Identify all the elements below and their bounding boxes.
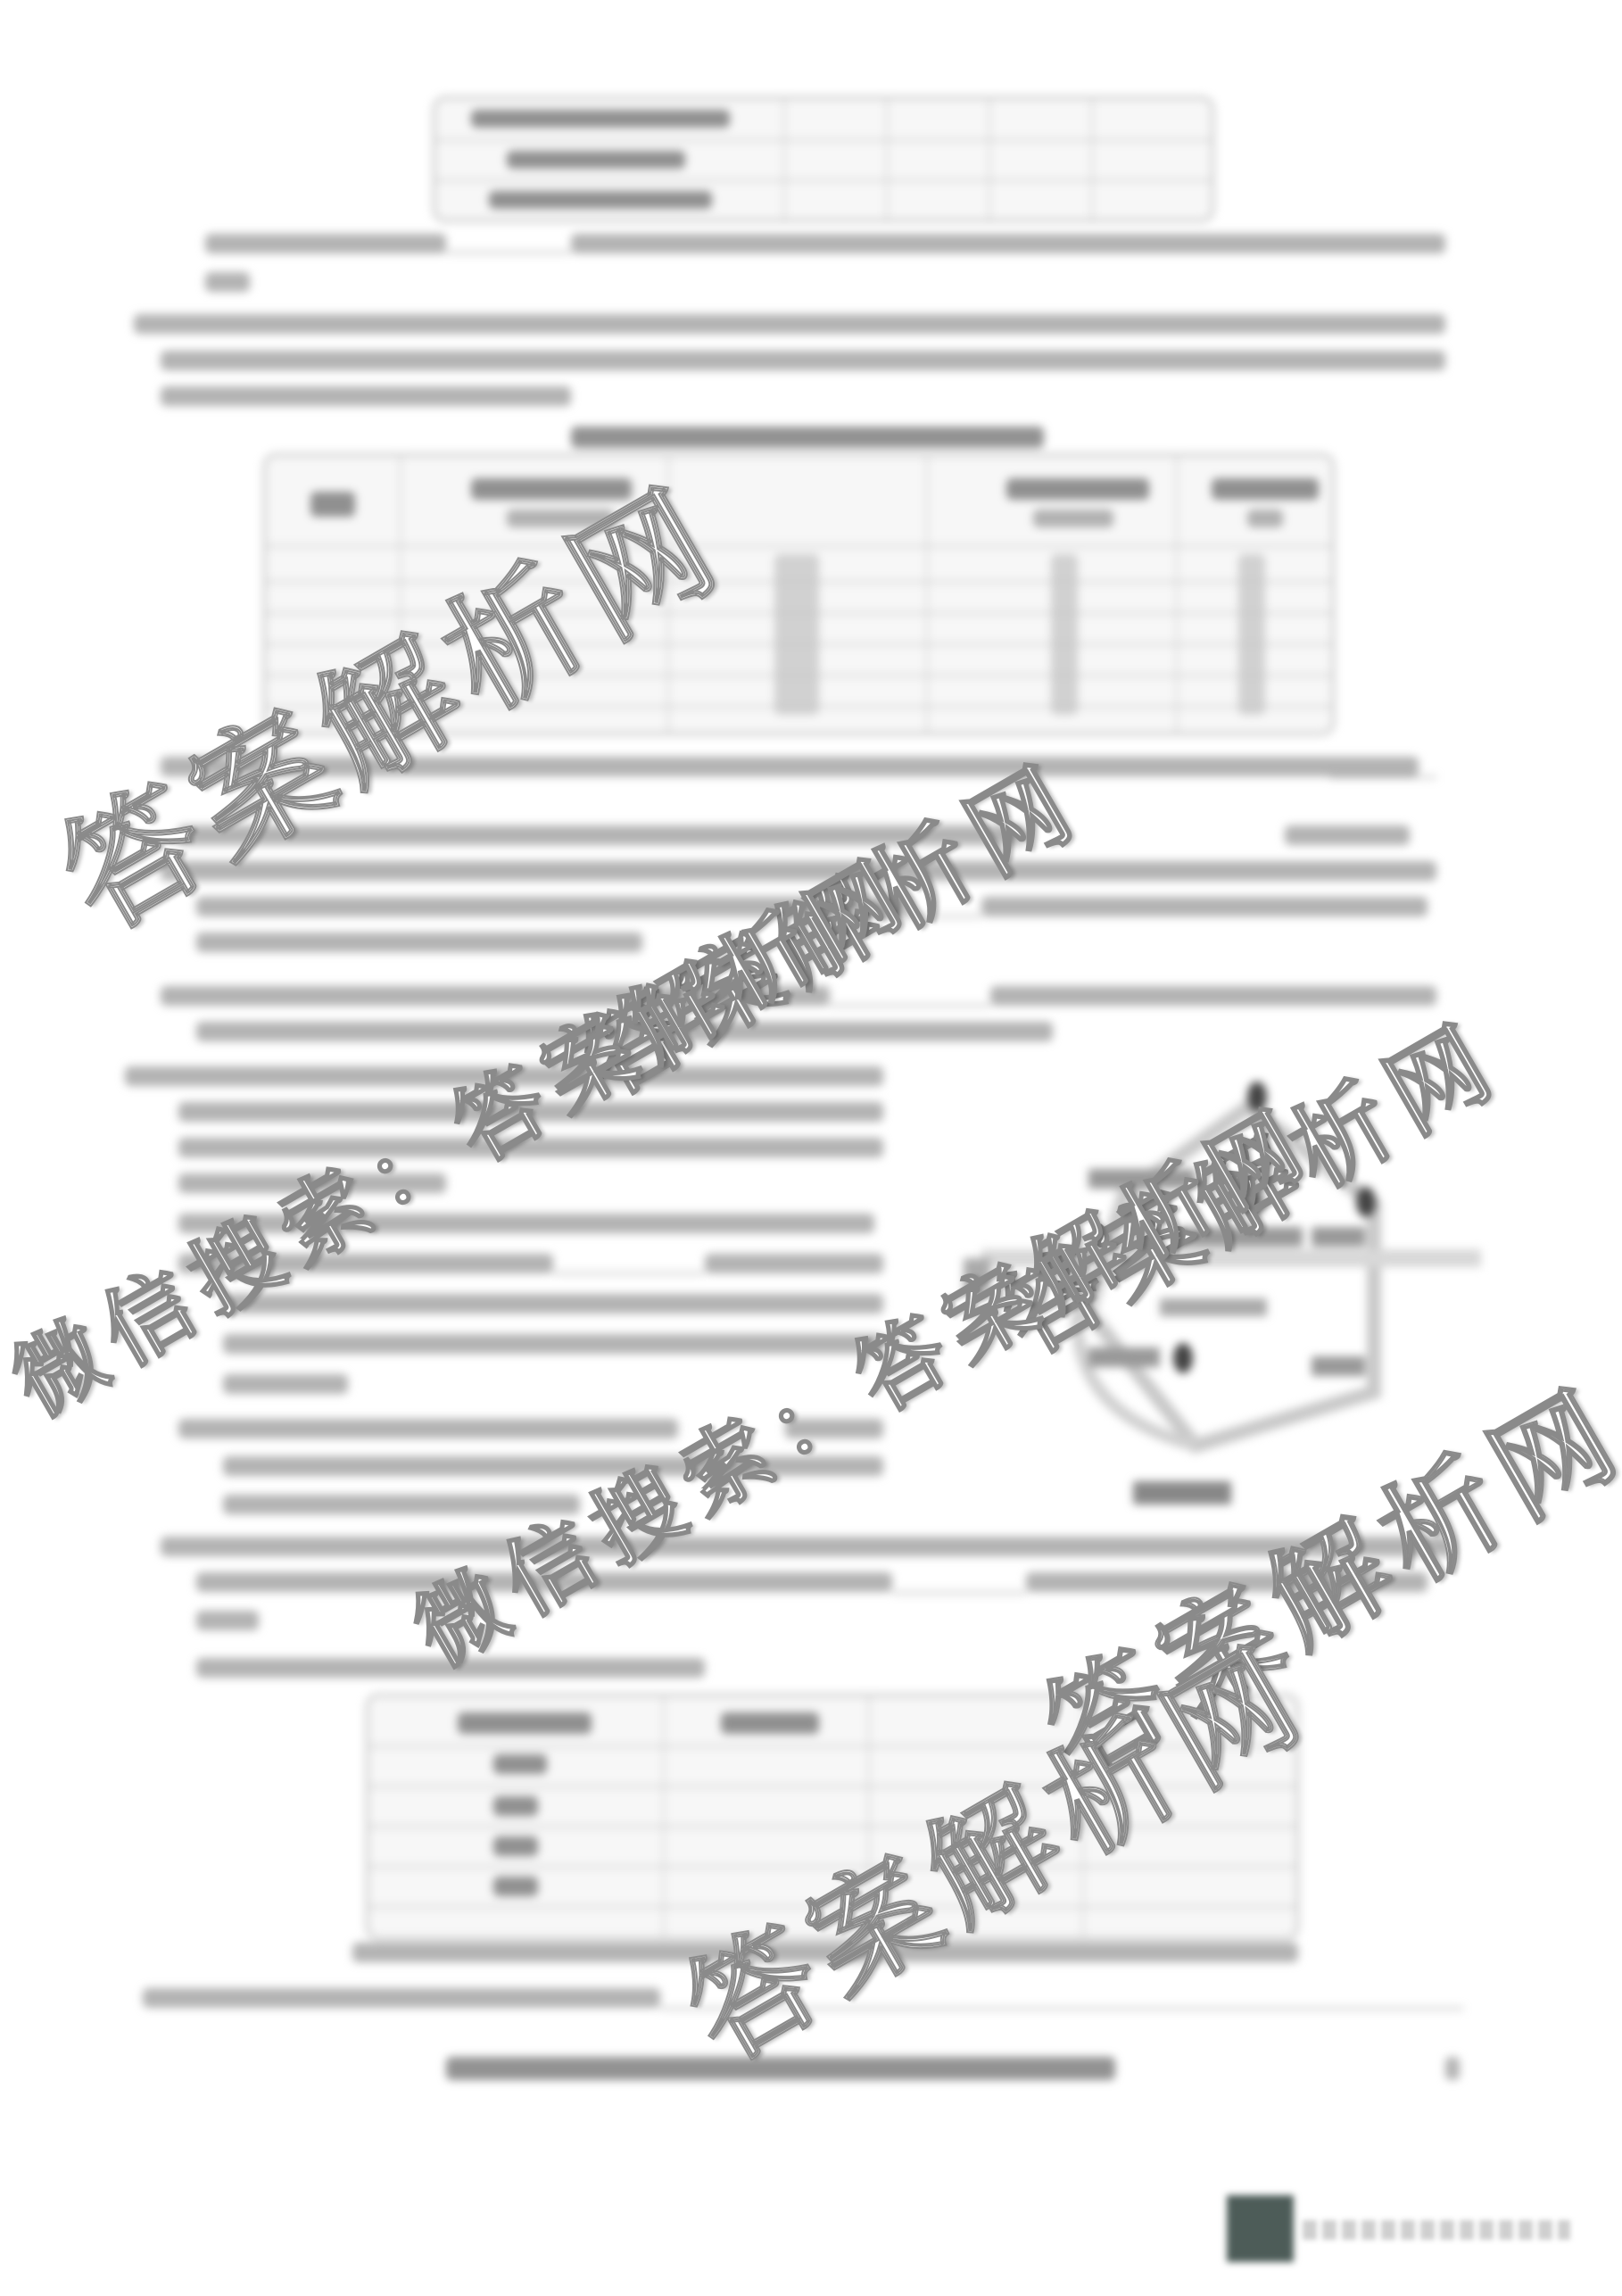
cycle-diagram	[946, 1026, 1481, 1562]
table-bottom	[366, 1694, 1299, 1940]
qr-caption	[1303, 2220, 1570, 2240]
document-page	[0, 0, 1622, 2296]
qr-code	[1227, 2195, 1294, 2262]
table-top	[433, 96, 1214, 222]
table-middle	[263, 453, 1335, 735]
